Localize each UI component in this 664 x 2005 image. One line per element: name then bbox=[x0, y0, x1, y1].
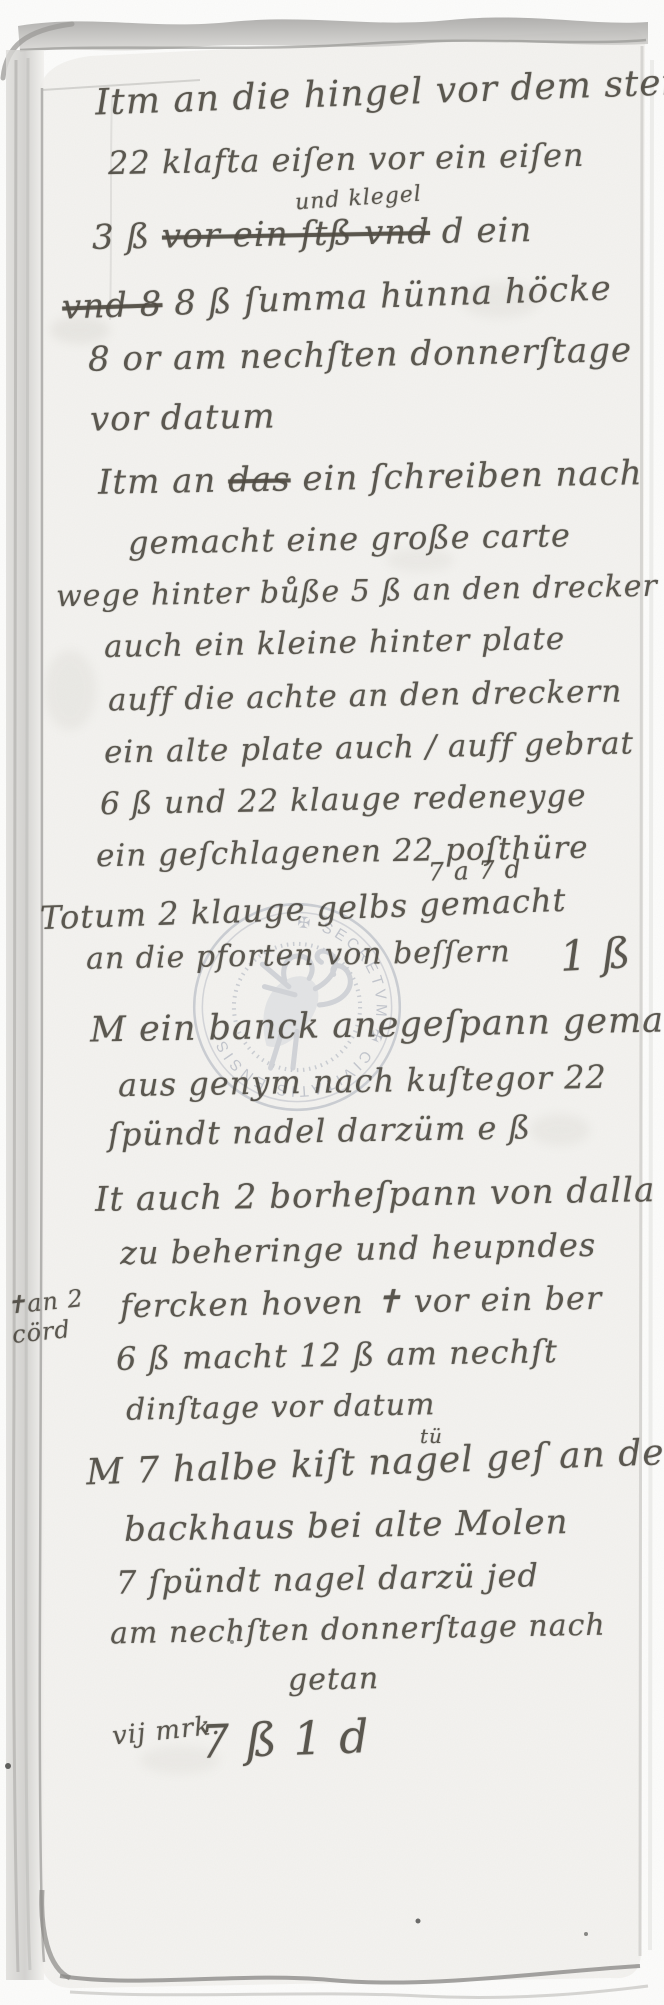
manuscript-line: ſpündt nadel darzüm e ß bbox=[108, 1108, 532, 1153]
manuscript-line: aus genym nach kuſtegor 22 bbox=[118, 1058, 607, 1105]
manuscript-line: ein alte plate auch / auff gebrat bbox=[104, 725, 635, 770]
handwritten-text: M ein banck anegeſpann gemacht bbox=[90, 999, 664, 1050]
handwritten-text: 1 ß bbox=[559, 928, 633, 981]
manuscript-line: wege hinter bůße 5 ß an den drecker bbox=[56, 569, 658, 614]
manuscript-line: an die pforten von beſſern bbox=[86, 934, 511, 976]
handwritten-text: fercken hoven ✝ vor ein ber bbox=[120, 1279, 603, 1325]
manuscript-line: 6 ß macht 12 ß am nechſt bbox=[116, 1332, 558, 1378]
manuscript-line: tü bbox=[420, 1424, 443, 1448]
manuscript-line: 22 klafta eiſen vor ein eiſen bbox=[108, 136, 585, 182]
manuscript-line: vor datum bbox=[90, 396, 276, 439]
handwritten-text: wege hinter bůße 5 ß an den drecker bbox=[56, 569, 658, 614]
handwritten-text: Itm an die hingel vor dem stein bbox=[94, 61, 664, 123]
handwritten-text: d ein bbox=[430, 210, 533, 252]
manuscript-line: dinſtage vor datum bbox=[126, 1387, 436, 1427]
handwritten-text: 8 ß ſumma hünna höcke bbox=[162, 268, 613, 324]
handwritten-text: auff die achte an den dreckern bbox=[108, 674, 623, 719]
manuscript-line: gemacht eine große carte bbox=[128, 516, 572, 562]
handwritten-text: ✝an 2 bbox=[5, 1284, 85, 1320]
manuscript-line: getan bbox=[288, 1661, 380, 1698]
handwritten-text: 6 ß macht 12 ß am nechſt bbox=[116, 1332, 558, 1378]
handwritten-text: Itm an bbox=[98, 460, 229, 502]
manuscript-line: zu beheringe und heupndes bbox=[120, 1226, 597, 1272]
manuscript-line: 3 ß vor ein ſtß vnd d ein bbox=[92, 210, 533, 258]
manuscript-line: und klegel bbox=[294, 182, 422, 216]
manuscript-line: 7 ß 1 d bbox=[199, 1709, 370, 1769]
manuscript-line: 8 or am nechſten donnerſtage bbox=[88, 330, 633, 379]
handwritten-text: 8 or am nechſten donnerſtage bbox=[88, 330, 633, 379]
manuscript-line: 7 ſpündt nagel darzü jed bbox=[116, 1556, 540, 1601]
handwritten-text: ein alte plate auch / auff gebrat bbox=[104, 725, 635, 770]
handwritten-text: M 7 halbe kiſt nagel geſ an des bbox=[85, 1432, 664, 1494]
struck-text: vor ein ſtß vnd bbox=[162, 212, 431, 257]
handwritten-text: gemacht eine große carte bbox=[128, 516, 572, 562]
handwritten-text: und klegel bbox=[294, 182, 422, 216]
handwritten-text: 7 ß 1 d bbox=[199, 1709, 370, 1769]
manuscript-line: fercken hoven ✝ vor ein ber bbox=[120, 1279, 603, 1325]
handwritten-text: auch ein kleine hinter plate bbox=[104, 621, 566, 665]
handwritten-text: backhaus bei alte Molen bbox=[124, 1502, 569, 1550]
manuscript-line: M ein banck anegeſpann gemacht bbox=[90, 999, 664, 1050]
manuscript-line: cörd bbox=[11, 1315, 72, 1349]
handwritten-text: an die pforten von beſſern bbox=[86, 934, 511, 976]
manuscript-line: Totum 2 klauge gelbs gemacht bbox=[39, 881, 567, 937]
handwritten-text: tü bbox=[420, 1424, 443, 1448]
manuscript-page-scan: ✠ SECRETVM ✠ CIVITATIS ENSIS Itm an die … bbox=[0, 0, 664, 2005]
handwritten-text: Totum 2 klauge gelbs gemacht bbox=[39, 881, 567, 937]
handwritten-text: It auch 2 borheſpann von dalla bbox=[95, 1170, 656, 1220]
manuscript-line: It auch 2 borheſpann von dalla bbox=[95, 1170, 656, 1220]
struck-text: vnd 8 bbox=[61, 284, 163, 327]
manuscript-line: am nechſten donnerſtage nach bbox=[110, 1608, 606, 1652]
manuscript-line: M 7 halbe kiſt nagel geſ an des bbox=[85, 1432, 664, 1494]
handwritten-text: 7 a 7 d bbox=[428, 854, 523, 886]
handwritten-text: dinſtage vor datum bbox=[126, 1387, 436, 1427]
handwritten-text: ſpündt nadel darzüm e ß bbox=[108, 1108, 532, 1153]
handwritten-text: 3 ß bbox=[92, 217, 163, 258]
struck-text: das bbox=[228, 459, 291, 500]
handwritten-text: getan bbox=[288, 1661, 380, 1698]
handwritten-text: cörd bbox=[11, 1315, 72, 1349]
manuscript-line: 6 ß und 22 klauge redeneyge bbox=[100, 778, 587, 822]
manuscript-line: 1 ß bbox=[559, 928, 633, 981]
manuscript-line: auff die achte an den dreckern bbox=[108, 674, 623, 719]
manuscript-line: Itm an die hingel vor dem stein bbox=[94, 61, 664, 123]
manuscript-line: backhaus bei alte Molen bbox=[124, 1502, 569, 1550]
manuscript-line: auch ein kleine hinter plate bbox=[104, 621, 566, 665]
manuscript-line: 7 a 7 d bbox=[428, 854, 523, 886]
manuscript-line: ✝an 2 bbox=[5, 1284, 85, 1320]
handwritten-text: zu beheringe und heupndes bbox=[120, 1226, 597, 1272]
handwritten-text: 6 ß und 22 klauge redeneyge bbox=[100, 778, 587, 822]
handwritten-text: 22 klafta eiſen vor ein eiſen bbox=[108, 136, 585, 182]
manuscript-line: vnd 8 8 ß ſumma hünna höcke bbox=[61, 268, 612, 327]
manuscript-line: Itm an das ein ſchreiben nach bbox=[98, 453, 643, 502]
handwritten-text: aus genym nach kuſtegor 22 bbox=[118, 1058, 607, 1105]
handwritten-text: ein ſchreiben nach bbox=[290, 453, 643, 499]
handwritten-text: am nechſten donnerſtage nach bbox=[110, 1608, 606, 1652]
handwritten-text: vor datum bbox=[90, 396, 276, 439]
handwritten-text: 7 ſpündt nagel darzü jed bbox=[116, 1556, 540, 1601]
manuscript-text-layer: Itm an die hingel vor dem stein22 klafta… bbox=[0, 0, 664, 2005]
